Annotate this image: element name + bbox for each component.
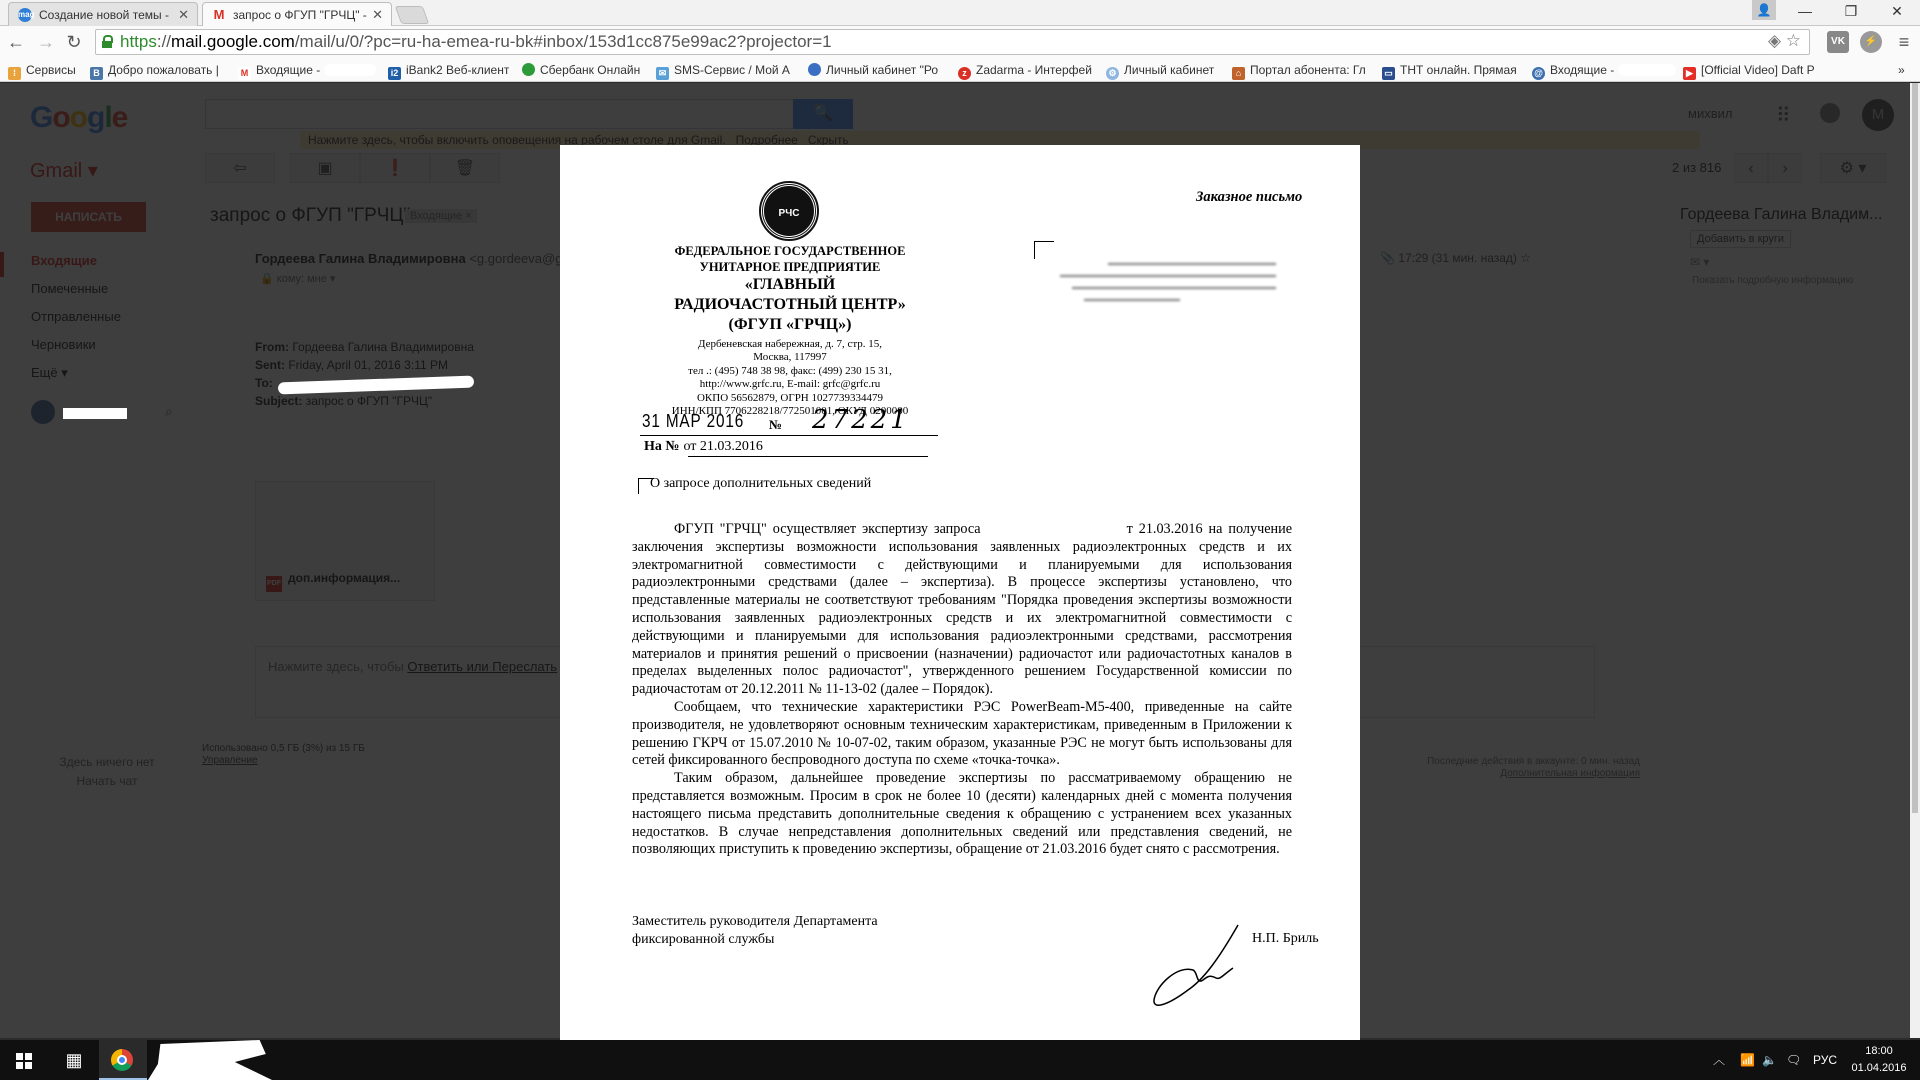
vk-extension-icon[interactable]: VK [1827,31,1849,53]
signatory-title-line: фиксированной службы [632,931,878,949]
portal-icon: ⌂ [1232,67,1245,80]
org-line: УНИТАРНОЕ ПРЕДПРИЯТИЕ [640,259,940,275]
org-line: «ГЛАВНЫЙ [640,275,940,295]
address-line: ОКПО 56562879, ОГРН 1027739334479 [640,392,940,405]
bookmark-mail-inbox[interactable]: @Входящие - [1532,58,1682,82]
divider [688,456,928,457]
bookmark-ibank[interactable]: i2iBank2 Веб-клиент [388,58,509,82]
close-icon[interactable]: ✕ [178,3,189,26]
address-line: Дербеневская набережная, д. 7, стр. 15, [640,338,940,351]
profile-icon[interactable]: 👤 [1752,0,1776,20]
more-bookmarks-button[interactable]: » [1898,58,1905,82]
org-line: ФЕДЕРАЛЬНОЕ ГОСУДАРСТВЕННОЕ [640,243,940,259]
zadarma-icon: z [958,67,971,80]
bookmark-label: Входящие - [1550,63,1614,77]
gear-icon: ⚙ [1106,67,1119,80]
start-button[interactable] [0,1040,48,1080]
calculator-taskbar-button[interactable]: ▦ [50,1040,98,1080]
calculator-icon: ▦ [65,1050,82,1070]
bookmark-rostelecom[interactable]: Личный кабинет "Ро [808,58,948,82]
bookmarks-bar: ⁞Сервисы ВДобро пожаловать | MВходящие -… [0,58,1920,82]
close-icon[interactable]: ✕ [372,3,383,26]
org-name: ФЕДЕРАЛЬНОЕ ГОСУДАРСТВЕННОЕ УНИТАРНОЕ ПР… [640,243,940,335]
recipient-address-redacted [1060,253,1300,308]
sms-icon: ✉ [656,67,669,80]
bookmark-label: Сбербанк Онлайн [540,63,640,77]
volume-icon[interactable]: 🔈 [1762,1040,1777,1080]
address-line: http://www.grfc.ru, E-mail: grfc@grfc.ru [640,378,940,391]
registered-mail-mark: Заказное письмо [1196,189,1302,206]
restore-button[interactable]: ❐ [1828,0,1874,22]
taskbar: ▦ ︿ 📶 🔈 🗨 РУС 18:00 01.04.2016 [0,1040,1920,1080]
youtube-icon: ▶ [1683,67,1696,80]
bookmark-sms[interactable]: ✉SMS-Сервис / Мой А [656,58,796,82]
bookmark-label: SMS-Сервис / Мой А [674,63,790,77]
rostelecom-icon [808,63,821,76]
chevron-double-right-icon: » [1898,63,1905,77]
number-sign: № [769,417,782,433]
url-text: https://mail.google.com/mail/u/0/?pc=ru-… [120,30,832,54]
outgoing-date-stamp: 31 МАР 2016 [642,411,744,432]
redaction [63,408,127,419]
letter-body: ФГУП "ГРЧЦ" осуществляет экспертизу запр… [632,521,1292,859]
tab-title: Создание новой темы - [39,8,169,22]
ibank-icon: i2 [388,67,401,80]
bookmark-tnt[interactable]: ▭ТНТ онлайн. Прямая [1382,58,1516,82]
org-line: (ФГУП «ГРЧЦ») [640,315,940,335]
bookmark-label: Сервисы [26,63,76,77]
tab-gmail[interactable]: M запрос о ФГУП "ГРЧЦ" - ✕ [202,2,392,26]
bookmark-label: Портал абонента: Гл [1250,63,1366,77]
url-host: mail.google.com [171,32,295,51]
paragraph-text: т 21.03.2016 на получение заключения экс… [632,521,1292,697]
url-scheme: https [120,32,157,51]
input-language[interactable]: РУС [1813,1040,1837,1080]
address-line: тел .: (495) 748 38 98, факс: (499) 230 … [640,365,940,378]
page-scrollbar[interactable] [1910,83,1920,1038]
star-icon[interactable]: ☆ [1786,31,1801,50]
bookmark-vk[interactable]: ВДобро пожаловать | [90,58,225,82]
address-line: Москва, 117997 [640,351,940,364]
bookmark-label: Личный кабинет [1124,63,1214,77]
tv-icon: ▭ [1382,67,1395,80]
windows-icon [16,1053,32,1069]
back-button[interactable]: ← [4,30,28,54]
bookmark-label: Личный кабинет "Ро [826,63,938,77]
clock[interactable]: 18:00 01.04.2016 [1845,1043,1913,1077]
bookmark-label: ТНТ онлайн. Прямая [1400,63,1516,77]
show-hidden-icons[interactable]: ︿ [1713,1040,1725,1080]
forward-button[interactable]: → [34,30,58,54]
bookmark-personal-cabinet[interactable]: ⚙Личный кабинет [1106,58,1214,82]
menu-icon[interactable]: ≡ [1893,31,1915,53]
signatory-name: Н.П. Бриль [1252,931,1319,947]
handwritten-signature [1148,920,1248,1015]
reference-value: от 21.03.2016 [683,439,762,454]
bookmark-zadarma[interactable]: zZadarma - Интерфей [958,58,1094,82]
action-center-icon[interactable]: 🗨 [1786,1040,1801,1080]
clock-time: 18:00 [1845,1043,1913,1060]
tab-create-topic[interactable]: mag Создание новой темы - ✕ [8,2,198,26]
paragraph-text: ФГУП "ГРЧЦ" осуществляет экспертизу запр… [674,521,981,537]
tab-strip: mag Создание новой темы - ✕ M запрос о Ф… [0,0,1920,26]
mail-icon: @ [1532,67,1545,80]
chrome-icon [111,1049,133,1071]
address-bar[interactable]: https://mail.google.com/mail/u/0/?pc=ru-… [95,29,1810,55]
extension-icon[interactable]: ⚡ [1860,31,1882,53]
document-preview: РЧС ФЕДЕРАЛЬНОЕ ГОСУДАРСТВЕННОЕ УНИТАРНО… [560,145,1360,1040]
letter-subject: О запросе дополнительных сведений [650,476,871,492]
gmail-icon: M [238,67,251,80]
recipient-bracket [1034,241,1054,259]
reference-label: На № [644,439,679,454]
outgoing-registration: 31 МАР 2016 № 27221 [642,411,942,432]
vk-icon: В [90,67,103,80]
bookmark-gmail-inbox[interactable]: MВходящие - [238,58,378,82]
reference: На №от 21.03.2016 [644,439,763,455]
tab-title: запрос о ФГУП "ГРЧЦ" - [233,8,367,22]
apps-grid-icon: ⁞ [8,67,21,80]
divider [640,435,938,436]
org-line: РАДИОЧАСТОТНЫЙ ЦЕНТР» [640,295,940,315]
omnibox-actions: ◈ ☆ [1768,31,1801,51]
bookmark-portal[interactable]: ⌂Портал абонента: Гл [1232,58,1372,82]
scrollbar-thumb[interactable] [1912,83,1918,813]
translate-icon[interactable]: ◈ [1768,31,1781,50]
bookmark-label: Входящие - [256,63,320,77]
bookmark-label: [Official Video] Daft P [1701,63,1815,77]
bookmark-label: iBank2 Веб-клиент [406,63,509,77]
minimize-button[interactable]: — [1782,0,1828,22]
mag-icon: mag [18,8,32,22]
redaction [1618,64,1676,76]
clock-date: 01.04.2016 [1845,1060,1913,1077]
chrome-taskbar-button[interactable] [99,1040,147,1080]
lock-icon [102,35,112,48]
bookmark-label: Добро пожаловать | [108,63,219,77]
close-window-button[interactable]: ✕ [1874,0,1920,22]
paragraph: ФГУП "ГРЧЦ" осуществляет экспертизу запр… [632,521,1292,699]
bookmark-services[interactable]: ⁞Сервисы [8,58,76,82]
browser-toolbar: ← → ↻ https://mail.google.com/mail/u/0/?… [0,26,1920,58]
paragraph: Таким образом, дальнейшее проведение экс… [632,770,1292,859]
signatory-title-line: Заместитель руководителя Департамента [632,913,878,931]
new-tab-button[interactable] [395,6,430,24]
reload-button[interactable]: ↻ [62,30,86,54]
bookmark-youtube[interactable]: ▶[Official Video] Daft P [1683,58,1823,82]
screen: mag Создание новой темы - ✕ M запрос о Ф… [0,0,1920,1080]
sberbank-icon [522,63,535,76]
signatory-title: Заместитель руководителя Департамента фи… [632,913,878,949]
url-path: /mail/u/0/?pc=ru-ha-emea-ru-bk#inbox/153… [295,32,832,51]
gmail-icon: M [212,8,226,22]
wifi-icon[interactable]: 📶 [1740,1040,1755,1080]
redaction [324,64,376,76]
paragraph: Сообщаем, что технические характеристики… [632,699,1292,770]
bookmark-label: Zadarma - Интерфей [976,63,1092,77]
outgoing-number: 27221 [812,405,910,435]
rchs-logo: РЧС [761,183,817,239]
bookmark-sberbank[interactable]: Сбербанк Онлайн [522,58,640,82]
